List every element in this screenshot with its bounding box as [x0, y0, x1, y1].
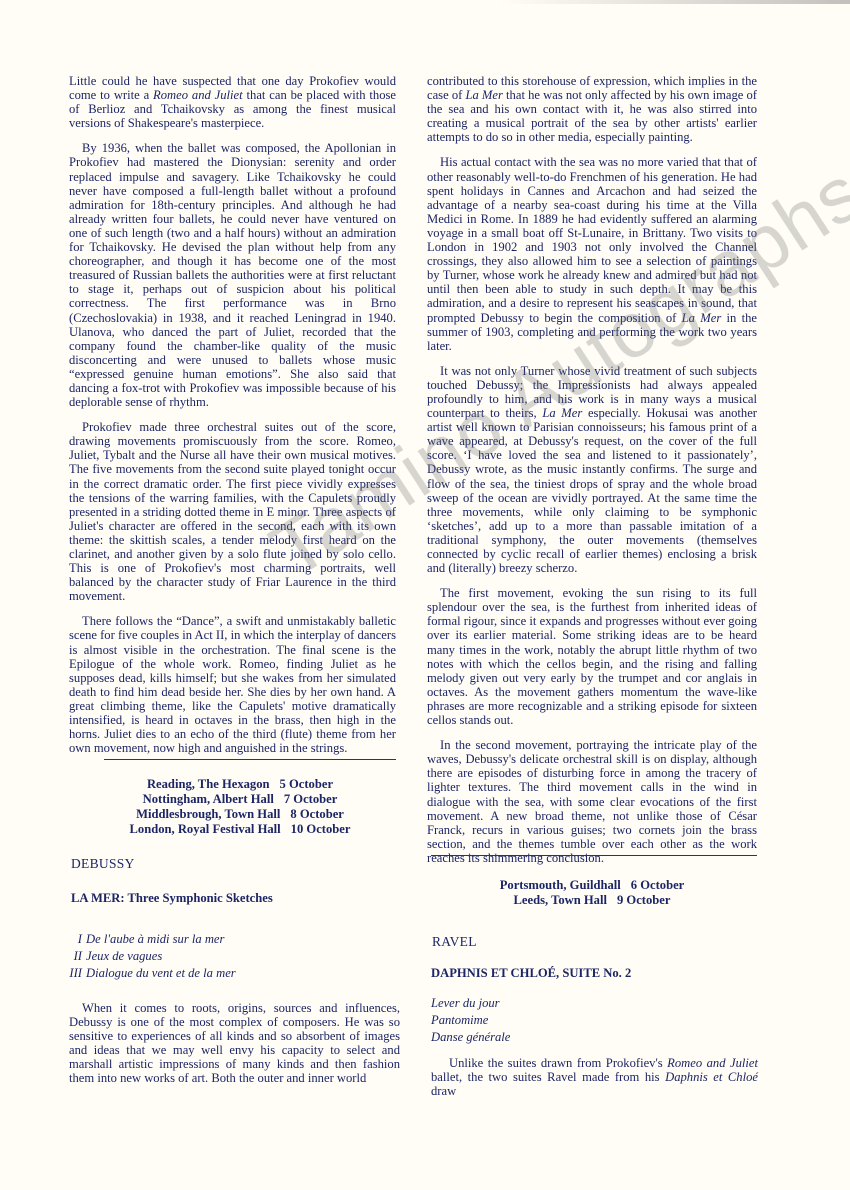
- section-divider-right: [431, 855, 757, 856]
- paragraph: By 1936, when the ballet was composed, t…: [69, 141, 396, 409]
- venue-place: Portsmouth, Guildhall: [500, 878, 621, 892]
- movement-item: IIIDialogue du vent et de la mer: [62, 965, 236, 982]
- movement-list-daphnis: Lever du jourPantomimeDanse générale: [431, 995, 510, 1046]
- movement-title: Lever du jour: [431, 996, 500, 1010]
- venue-line: Portsmouth, Guildhall6 October: [427, 878, 757, 893]
- venue-line: Nottingham, Albert Hall7 October: [69, 792, 411, 807]
- paragraph: Unlike the suites drawn from Prokofiev's…: [431, 1056, 758, 1098]
- venue-line: Reading, The Hexagon5 October: [69, 777, 411, 792]
- composer-heading-ravel: RAVEL: [432, 934, 477, 950]
- venue-list-left: Reading, The Hexagon5 OctoberNottingham,…: [69, 777, 411, 837]
- composer-heading-debussy: DEBUSSY: [71, 856, 135, 872]
- movement-item: Lever du jour: [431, 995, 510, 1012]
- movement-title: Dialogue du vent et de la mer: [86, 966, 236, 980]
- venue-list-right: Portsmouth, Guildhall6 OctoberLeeds, Tow…: [427, 878, 757, 908]
- work-title-daphnis: DAPHNIS ET CHLOÉ, SUITE No. 2: [431, 966, 631, 981]
- section-divider-left: [104, 759, 396, 760]
- paragraph: His actual contact with the sea was no m…: [427, 155, 757, 352]
- paragraph: Little could he have suspected that one …: [69, 74, 396, 130]
- venue-place: London, Royal Festival Hall: [130, 822, 281, 836]
- venue-place: Nottingham, Albert Hall: [143, 792, 274, 806]
- movement-title: Pantomime: [431, 1013, 488, 1027]
- movement-item: Danse générale: [431, 1029, 510, 1046]
- venue-line: Leeds, Town Hall9 October: [427, 893, 757, 908]
- venue-place: Middlesbrough, Town Hall: [136, 807, 280, 821]
- ravel-intro: Unlike the suites drawn from Prokofiev's…: [431, 1056, 758, 1109]
- paragraph: It was not only Turner whose vivid treat…: [427, 364, 757, 575]
- venue-place: Leeds, Town Hall: [514, 893, 607, 907]
- left-column: Little could he have suspected that one …: [69, 74, 396, 766]
- movement-number: II: [62, 948, 82, 965]
- paragraph: When it comes to roots, origins, sources…: [69, 1001, 400, 1086]
- venue-place: Reading, The Hexagon: [147, 777, 270, 791]
- movement-title: De l'aube à midi sur la mer: [86, 932, 224, 946]
- prokofiev-notes: Little could he have suspected that one …: [69, 74, 396, 755]
- movement-list-la-mer: IDe l'aube à midi sur la merIIJeux de va…: [62, 931, 236, 982]
- page-edge-shadow: [500, 0, 850, 4]
- venue-line: Middlesbrough, Town Hall8 October: [69, 807, 411, 822]
- movement-title: Jeux de vagues: [86, 949, 162, 963]
- debussy-intro: When it comes to roots, origins, sources…: [69, 1001, 400, 1097]
- debussy-notes: contributed to this storehouse of expres…: [427, 74, 757, 865]
- venue-line: London, Royal Festival Hall10 October: [69, 822, 411, 837]
- right-column: contributed to this storehouse of expres…: [427, 74, 757, 876]
- venue-date: 5 October: [280, 777, 334, 791]
- movement-item: IDe l'aube à midi sur la mer: [62, 931, 236, 948]
- movement-number: I: [62, 931, 82, 948]
- paragraph: The first movement, evoking the sun risi…: [427, 586, 757, 727]
- venue-date: 9 October: [617, 893, 671, 907]
- venue-date: 6 October: [631, 878, 685, 892]
- venue-date: 7 October: [284, 792, 338, 806]
- work-title-la-mer: LA MER: Three Symphonic Sketches: [71, 891, 273, 906]
- movement-title: Danse générale: [431, 1030, 510, 1044]
- movement-item: Pantomime: [431, 1012, 510, 1029]
- movement-number: III: [62, 965, 82, 982]
- paragraph: contributed to this storehouse of expres…: [427, 74, 757, 144]
- venue-date: 10 October: [291, 822, 351, 836]
- movement-item: IIJeux de vagues: [62, 948, 236, 965]
- paragraph: Prokofiev made three orchestral suites o…: [69, 420, 396, 603]
- program-page: Little could he have suspected that one …: [0, 0, 850, 1190]
- paragraph: There follows the “Dance”, a swift and u…: [69, 614, 396, 755]
- venue-date: 8 October: [290, 807, 344, 821]
- paragraph: In the second movement, portraying the i…: [427, 738, 757, 865]
